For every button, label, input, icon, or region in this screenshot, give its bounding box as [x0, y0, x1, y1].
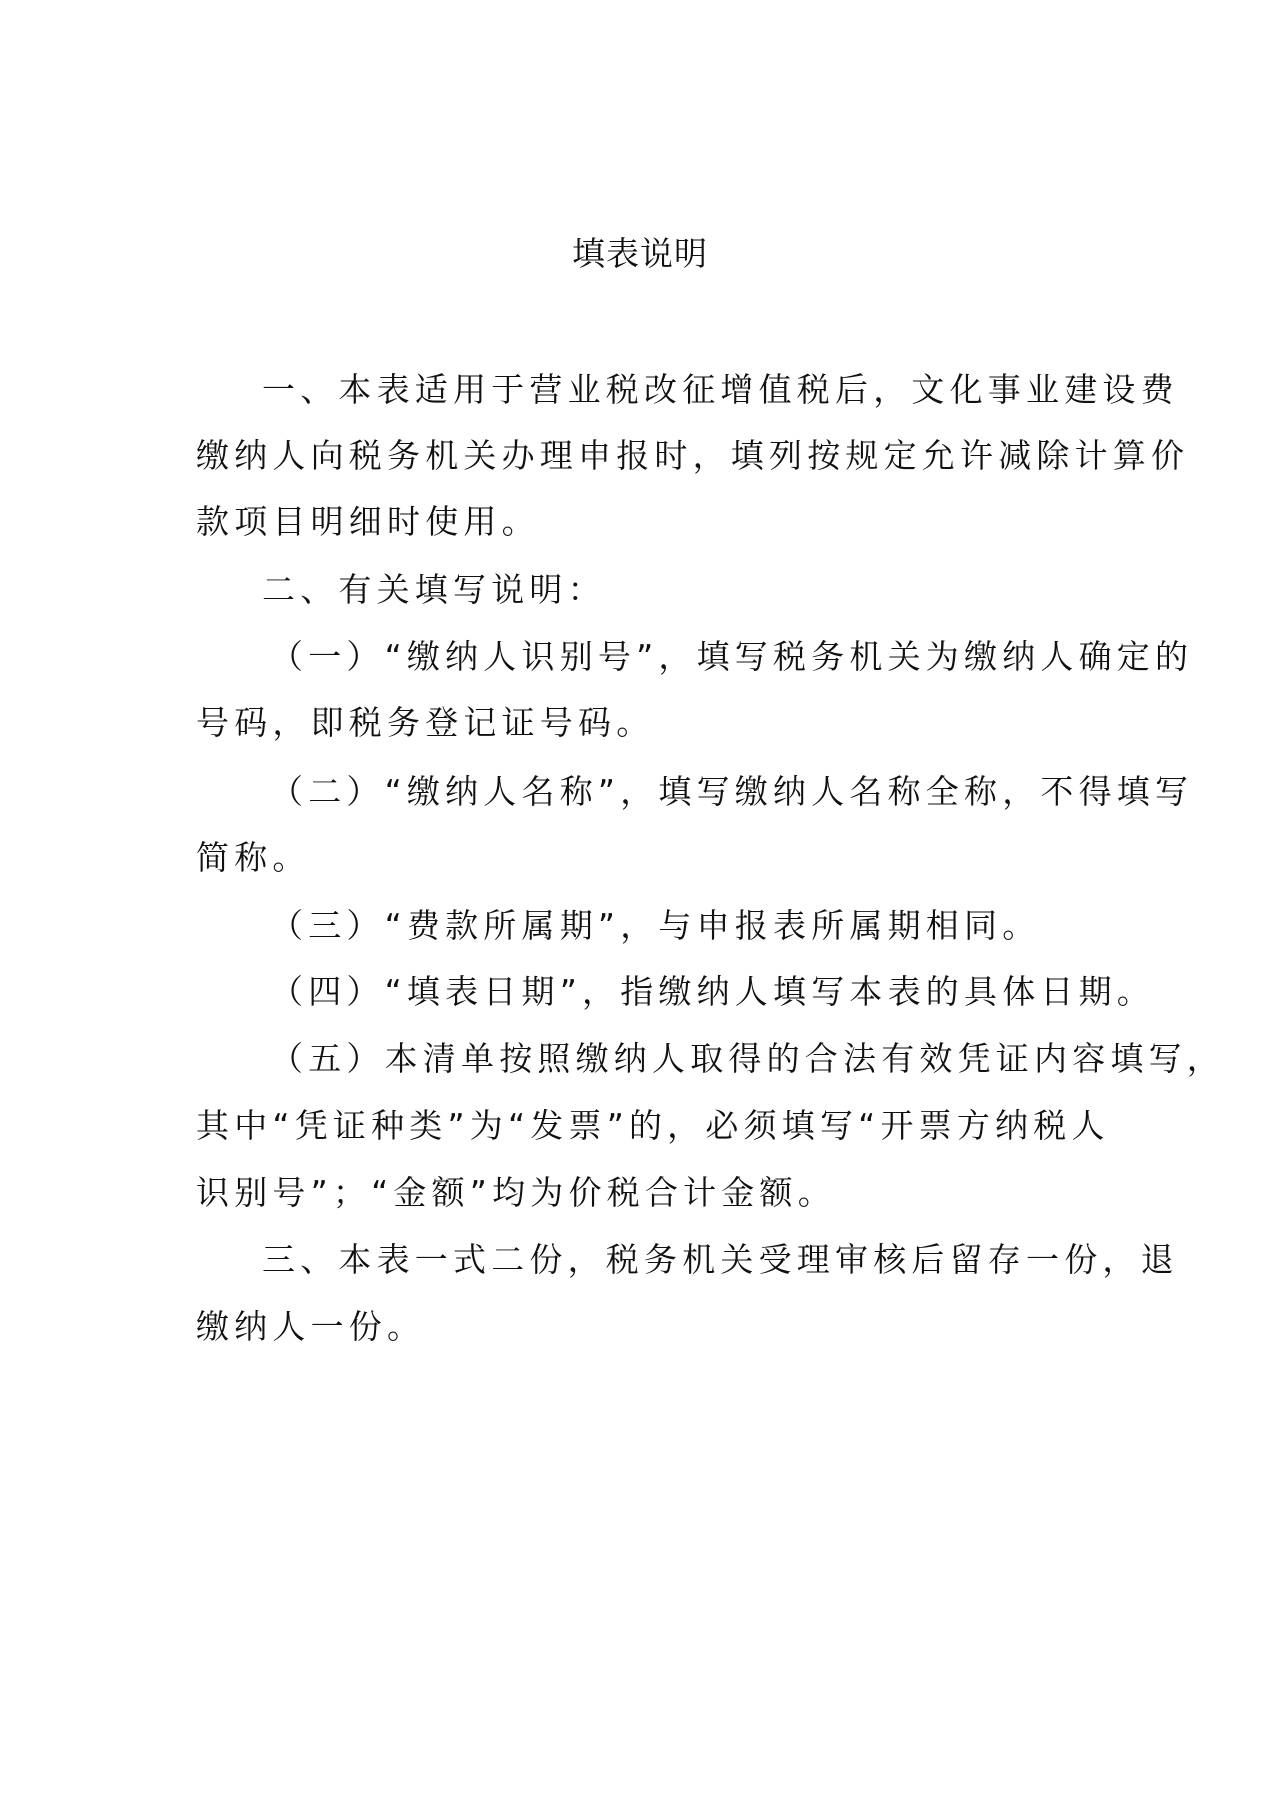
- paragraph-line: （四）“填表日期”，指缴纳人填写本表的具体日期。: [270, 972, 1170, 1012]
- paragraph-line: 简称。: [196, 838, 1096, 878]
- paragraph-line: （二）“缴纳人名称”，填写缴纳人名称全称，不得填写: [270, 772, 1170, 812]
- paragraph-line: 识别号”；“金额”均为价税合计金额。: [196, 1173, 1096, 1213]
- paragraph-line: （三）“费款所属期”，与申报表所属期相同。: [270, 906, 1170, 946]
- paragraph-line: 款项目明细时使用。: [196, 502, 1096, 542]
- document-page: 填表说明 一、本表适用于营业税改征增值税后，文化事业建设费 缴纳人向税务机关办理…: [0, 0, 1280, 1810]
- paragraph-line: （五）本清单按照缴纳人取得的合法有效凭证内容填写，: [270, 1039, 1170, 1079]
- paragraph-line: 其中“凭证种类”为“发票”的，必须填写“开票方纳税人: [196, 1106, 1096, 1146]
- paragraph-line: 三、本表一式二份，税务机关受理审核后留存一份，退: [262, 1240, 1162, 1280]
- paragraph-line: 缴纳人一份。: [196, 1307, 1096, 1347]
- paragraph-line: （一）“缴纳人识别号”，填写税务机关为缴纳人确定的: [270, 637, 1170, 677]
- paragraph-line: 号码，即税务登记证号码。: [196, 703, 1096, 743]
- document-title: 填表说明: [0, 234, 1280, 274]
- paragraph-line: 缴纳人向税务机关办理申报时，填列按规定允许减除计算价: [196, 436, 1096, 476]
- section-heading: 二、有关填写说明：: [262, 570, 1162, 610]
- paragraph-line: 一、本表适用于营业税改征增值税后，文化事业建设费: [262, 370, 1162, 410]
